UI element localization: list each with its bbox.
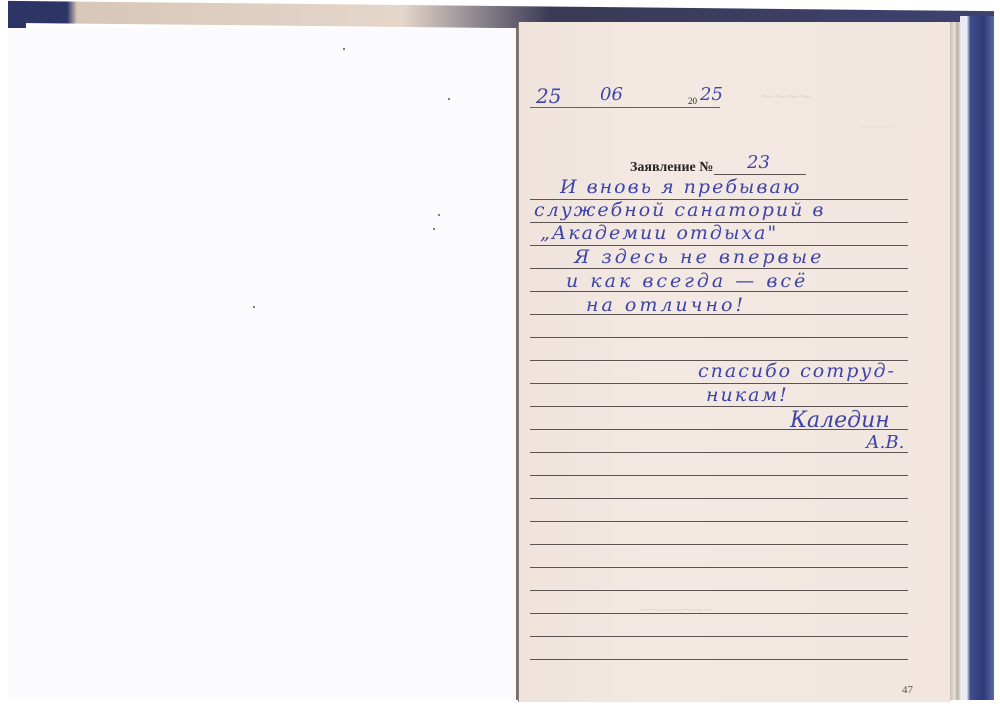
paper-speck <box>253 306 255 308</box>
ruled-line <box>530 659 908 660</box>
handwritten-line: Я здесь не впервые <box>574 246 824 268</box>
signature-name: Каледин <box>790 408 890 433</box>
paper-speck <box>433 228 435 230</box>
ruled-line <box>530 636 908 637</box>
notebook-cover-right-edge <box>960 16 994 700</box>
handwritten-line: И вновь я пребываю <box>560 176 802 198</box>
statement-number: 23 <box>747 152 770 173</box>
handwritten-line: служебной санаторий в <box>534 199 825 221</box>
ruled-line <box>530 613 908 614</box>
left-page-blank <box>8 28 518 700</box>
statement-title: Заявление № <box>630 160 713 176</box>
statement-number-underline <box>714 174 806 175</box>
paper-speck <box>438 214 440 216</box>
handwritten-line: и как всегда — всё <box>566 270 808 292</box>
handwritten-closing-line: спасибо сотруд- <box>698 360 896 382</box>
date-day: 25 <box>536 84 561 108</box>
date-year-prefix: 20 <box>688 96 697 106</box>
ruled-line <box>530 475 908 476</box>
ruled-line <box>530 337 908 338</box>
bleed-through-text: ~~~~~~~ <box>640 600 714 621</box>
ruled-line <box>530 406 908 407</box>
handwritten-line: „Академии отдыха" <box>540 222 778 244</box>
paper-speck <box>343 48 345 50</box>
bleed-through-text: ~~~~ <box>760 84 811 110</box>
ruled-line <box>530 498 908 499</box>
ruled-line <box>530 521 908 522</box>
handwritten-line: на отлично! <box>586 294 746 316</box>
handwritten-closing-line: никам! <box>706 384 789 406</box>
ruled-line <box>530 590 908 591</box>
date-underline <box>530 107 720 108</box>
date-month: 06 <box>600 84 623 105</box>
signature-initials: А.В. <box>866 432 904 453</box>
ruled-line <box>530 544 908 545</box>
page-stack-edges <box>950 22 962 700</box>
ruled-line <box>530 268 908 269</box>
ruled-line <box>530 452 908 453</box>
date-year: 25 <box>700 84 723 105</box>
paper-speck <box>448 98 450 100</box>
page-number: 47 <box>902 684 913 696</box>
ruled-line <box>530 567 908 568</box>
bleed-through-text: ~~~~~ <box>860 120 895 134</box>
